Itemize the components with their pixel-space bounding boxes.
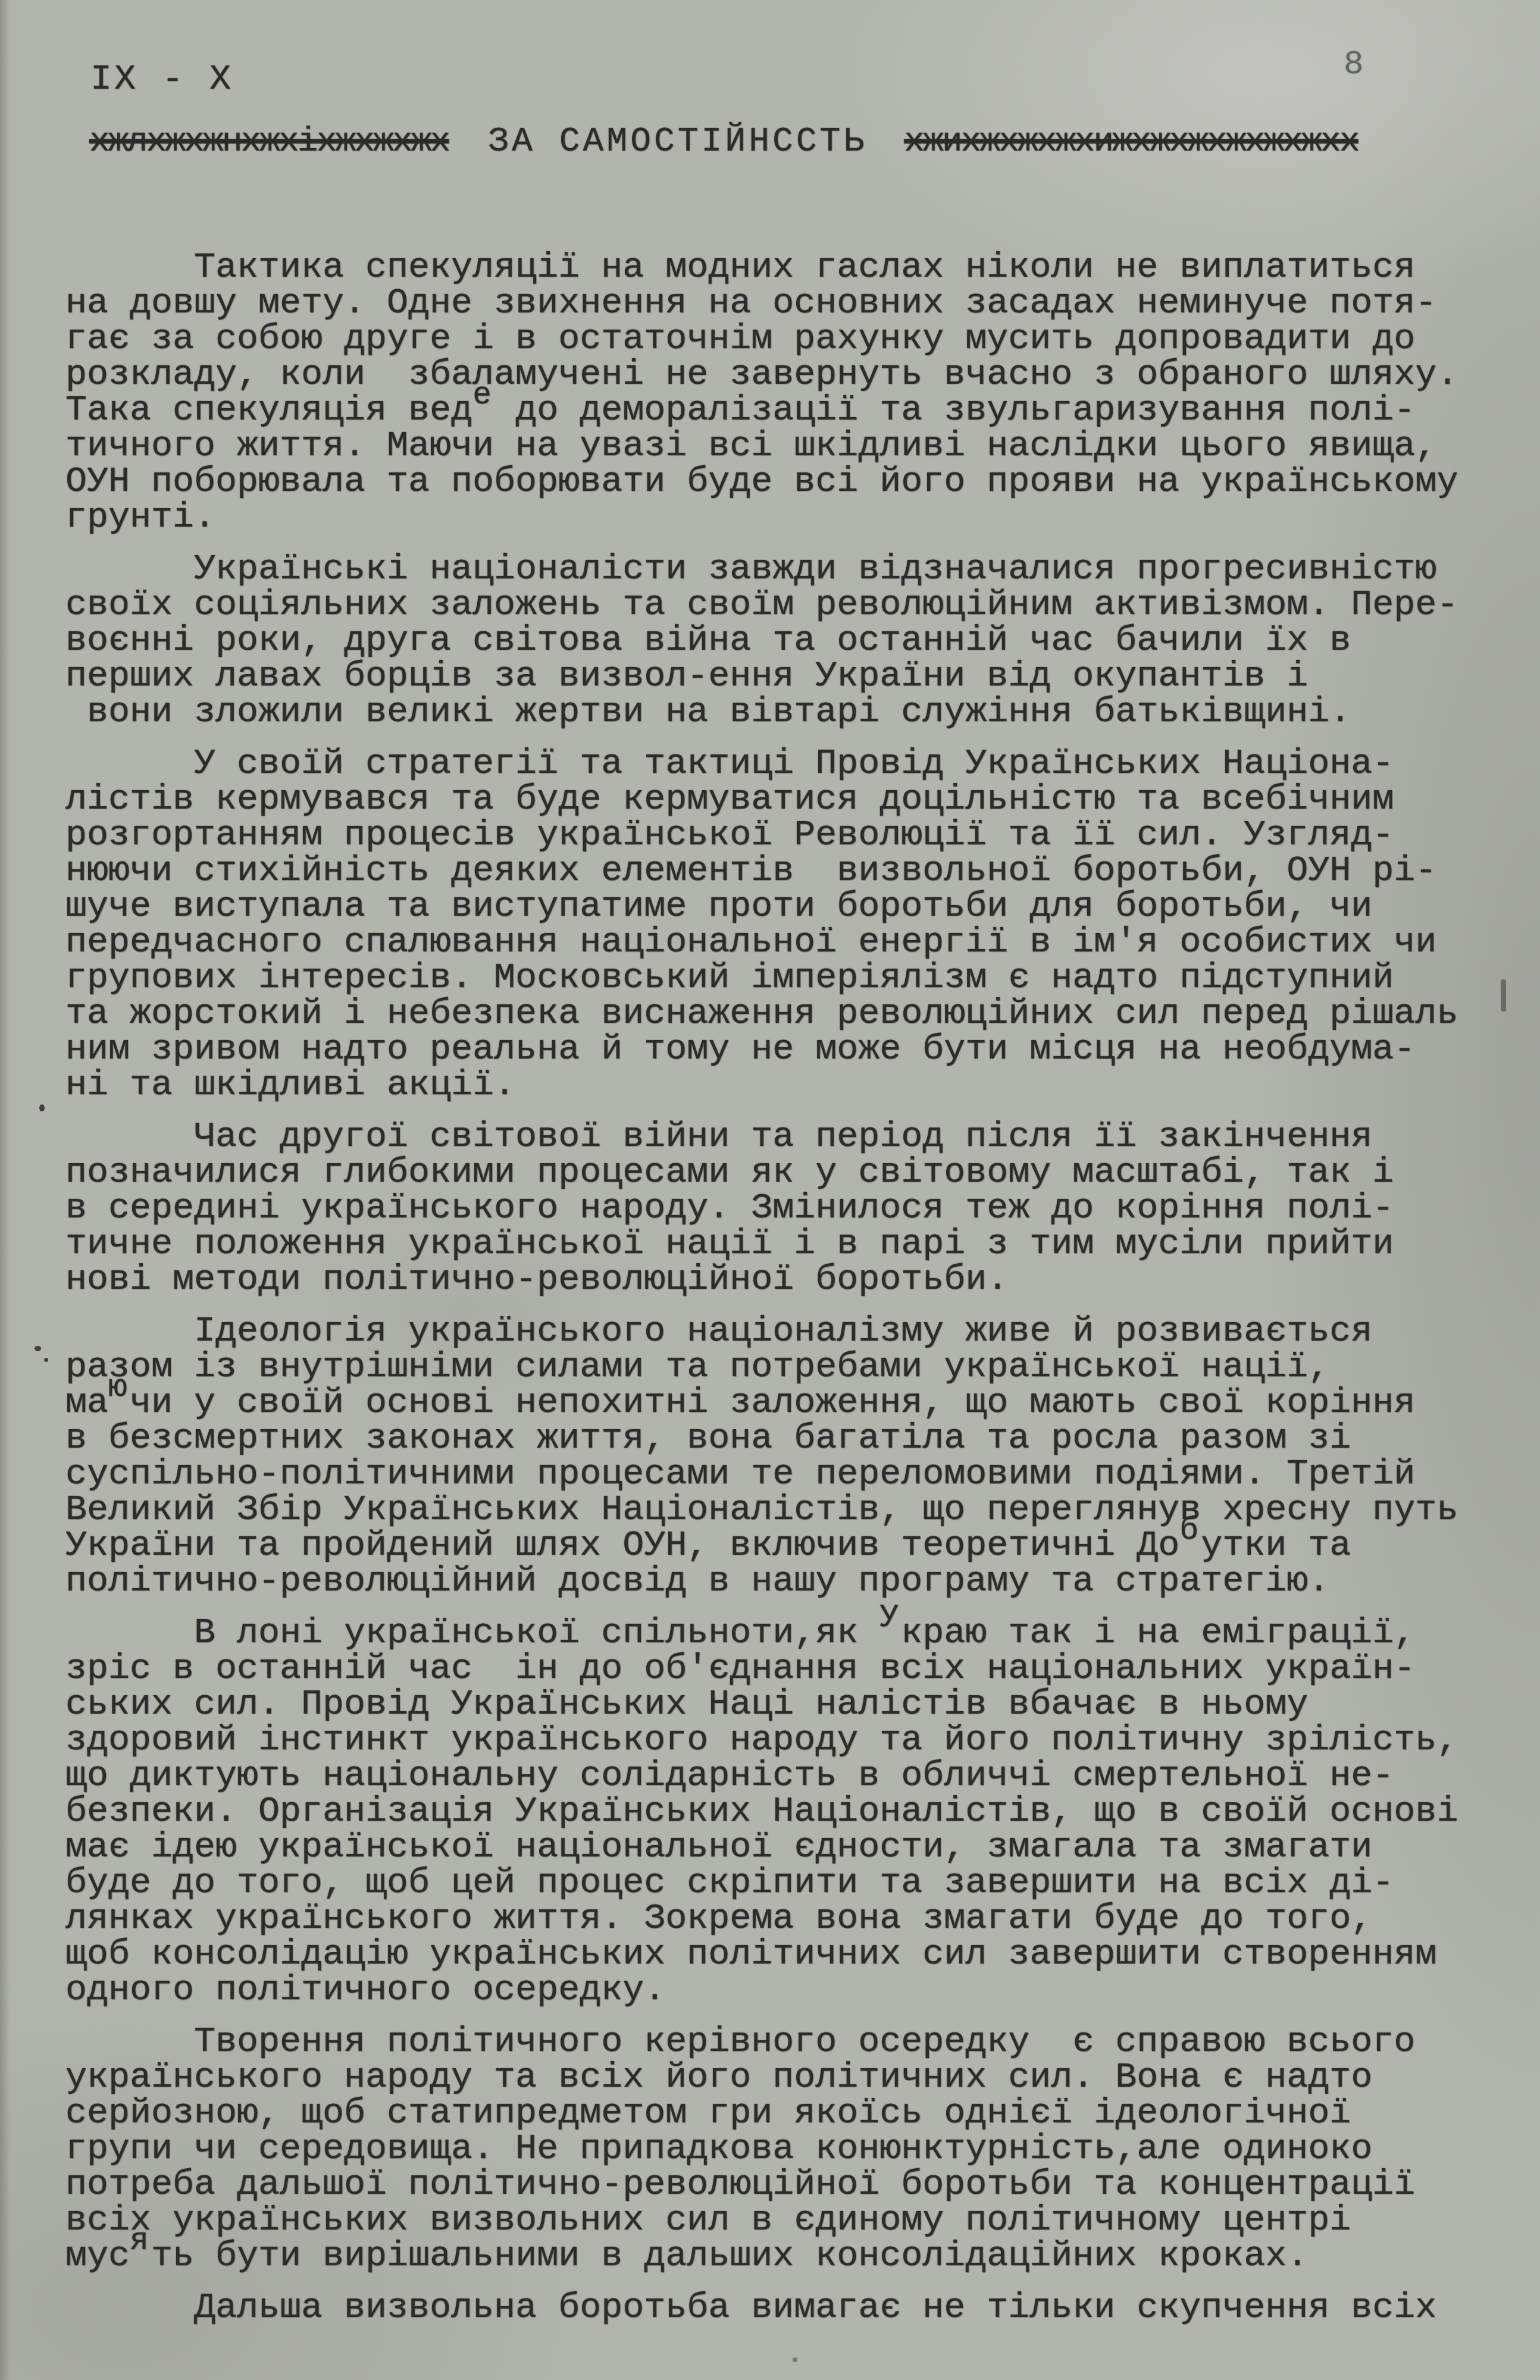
text-line: своїх соціяльних заложень та своїм револ… bbox=[65, 587, 1494, 623]
text-line: нові методи політично-революційної борот… bbox=[65, 1262, 1494, 1298]
superscript-correction: я bbox=[130, 2223, 151, 2259]
superscript-correction: е bbox=[472, 377, 494, 413]
page-number: 8 bbox=[1344, 45, 1364, 83]
text-line: ОУН поборювала та поборювати буде всі йо… bbox=[65, 464, 1494, 500]
document-page: IX - X 8 хжлхжхжнхжхіхжхжхжх ЗА САМОСТІЙ… bbox=[0, 0, 1540, 2380]
text-line: в середині українського народу. Змінилос… bbox=[65, 1191, 1494, 1226]
text-line: ських сил. Провід Українських Наці наліс… bbox=[65, 1687, 1494, 1723]
text-line: лістів кермувався та буде кермуватися до… bbox=[65, 782, 1494, 818]
document-title: ЗА САМОСТІЙНССТЬ bbox=[488, 123, 867, 161]
text-line: лянках українського життя. Зокрема вона … bbox=[65, 1901, 1494, 1937]
text-line: грунті. bbox=[65, 500, 1494, 535]
paragraph: Українські націоналісти завжди відзначал… bbox=[65, 535, 1494, 730]
text-line: маючи у своїй основі непохитні заложення… bbox=[65, 1385, 1494, 1421]
scan-speck bbox=[793, 2357, 797, 2362]
text-line: Тактика спекуляції на модних гаслах ніко… bbox=[65, 250, 1494, 286]
text-line: перших лавах борців за визвол-ення Украї… bbox=[65, 659, 1494, 694]
text-line: має ідею української національної єдност… bbox=[65, 1830, 1494, 1865]
text-line: українського народу та всіх його політич… bbox=[65, 2060, 1494, 2096]
text-line: вони зложили великі жертви на вівтарі сл… bbox=[65, 694, 1494, 730]
text-line: ним зривом надто реальна й тому не може … bbox=[65, 1032, 1494, 1067]
text-line: Така спекуляція веде до деморалізації та… bbox=[65, 393, 1494, 428]
text-line: буде до того, щоб цей процес скріпити та… bbox=[65, 1865, 1494, 1901]
text-line: суспільно-політичними процесами те перел… bbox=[65, 1457, 1494, 1492]
text-line: Великий Збір Українських Націоналістів, … bbox=[65, 1492, 1494, 1528]
text-line: нюючи стихійність деяких елементів визво… bbox=[65, 853, 1494, 889]
text-line: групових інтересів. Московський імперіял… bbox=[65, 960, 1494, 996]
text-line: здоровий інстинкт українського народу та… bbox=[65, 1723, 1494, 1758]
text-line: Час другої світової війни та період післ… bbox=[65, 1119, 1494, 1155]
text-line: Дальша визвольна боротьба вимагає не тіл… bbox=[65, 2290, 1494, 2326]
superscript-correction: У bbox=[879, 1600, 901, 1636]
text-line: тичне положення української нації і в па… bbox=[65, 1226, 1494, 1262]
text-line: передчасного спалювання національної ене… bbox=[65, 925, 1494, 960]
paragraph: В лоні української спільноти,як Украю та… bbox=[65, 1599, 1494, 2008]
text-line: мусять бути вирішальними в дальших консо… bbox=[65, 2238, 1494, 2274]
paragraph: Дальша визвольна боротьба вимагає не тіл… bbox=[65, 2274, 1494, 2326]
text-line: Творення політичного керівного осередку … bbox=[65, 2024, 1494, 2060]
text-line: В лоні української спільноти,як Украю та… bbox=[65, 1615, 1494, 1651]
text-line: позначилися глибокими процесами як у сві… bbox=[65, 1155, 1494, 1191]
paragraph: Тактика спекуляції на модних гаслах ніко… bbox=[65, 250, 1494, 535]
text-line: що диктують національну солідарність в о… bbox=[65, 1758, 1494, 1794]
text-line: потреба дальшої політично-революційної б… bbox=[65, 2167, 1494, 2203]
struck-out-text-right: хжихжхжхжхижхжхжхжхжхжхх bbox=[904, 123, 1358, 161]
text-line: ні та шкідливі акції. bbox=[65, 1067, 1494, 1103]
superscript-correction: ю bbox=[108, 1370, 130, 1405]
title-row: хжлхжхжнхжхіхжхжхжх ЗА САМОСТІЙНССТЬ хжи… bbox=[89, 123, 1359, 161]
text-line: тичного життя. Маючи на увазі всі шкідли… bbox=[65, 428, 1494, 464]
text-line: Українські націоналісти завжди відзначал… bbox=[65, 552, 1494, 587]
text-line: одного політичного осередку. bbox=[65, 1972, 1494, 2008]
text-line: в безсмертних законах життя, вона багаті… bbox=[65, 1421, 1494, 1457]
scan-speck bbox=[35, 1346, 41, 1351]
struck-out-text-left: хжлхжхжнхжхіхжхжхжх bbox=[89, 123, 449, 161]
text-line: воєнні роки, друга світова війна та оста… bbox=[65, 623, 1494, 659]
text-line: розгортанням процесів української Револю… bbox=[65, 818, 1494, 853]
paragraph: У своїй стратегії та тактиці Провід Укра… bbox=[65, 730, 1494, 1103]
paragraph: Ідеологія українського націоналізму живе… bbox=[65, 1298, 1494, 1599]
text-line: на довшу мету. Одне звихнення на основни… bbox=[65, 286, 1494, 321]
scan-speck bbox=[1501, 979, 1506, 1011]
text-line: Ідеологія українського націоналізму живе… bbox=[65, 1314, 1494, 1349]
body-text: Тактика спекуляції на модних гаслах ніко… bbox=[65, 250, 1494, 2326]
text-line: гає за собою друге і в остаточнім рахунк… bbox=[65, 321, 1494, 357]
text-line: серйозною, щоб статипредметом гри якоїсь… bbox=[65, 2096, 1494, 2131]
text-line: групи чи середовища. Не припадкова конюн… bbox=[65, 2131, 1494, 2167]
text-line: разом із внутрішніми силами та потребами… bbox=[65, 1349, 1494, 1385]
text-line: всіх українських визвольних сил в єдином… bbox=[65, 2203, 1494, 2238]
superscript-correction: б bbox=[1179, 1512, 1201, 1548]
scan-speck bbox=[39, 1104, 45, 1111]
paragraph: Час другої світової війни та період післ… bbox=[65, 1103, 1494, 1298]
document-section-ref: IX - X bbox=[90, 59, 233, 100]
text-line: політично-революційний досвід в нашу про… bbox=[65, 1564, 1494, 1599]
text-line: зріс в останній час ін до об'єднання всі… bbox=[65, 1651, 1494, 1687]
text-line: щоб консолідацію українських політичних … bbox=[65, 1937, 1494, 1972]
scan-speck bbox=[44, 1358, 48, 1362]
text-line: У своїй стратегії та тактиці Провід Укра… bbox=[65, 746, 1494, 782]
text-line: розкладу, коли збаламучені не завернуть … bbox=[65, 357, 1494, 393]
text-line: та жорстокий і небезпека виснаження рево… bbox=[65, 996, 1494, 1032]
paragraph: Творення політичного керівного осередку … bbox=[65, 2008, 1494, 2274]
text-line: безпеки. Організація Українських Націона… bbox=[65, 1794, 1494, 1830]
text-line: України та пройдений шлях ОУН, включив т… bbox=[65, 1528, 1494, 1564]
text-line: шуче виступала та виступатиме проти боро… bbox=[65, 889, 1494, 925]
